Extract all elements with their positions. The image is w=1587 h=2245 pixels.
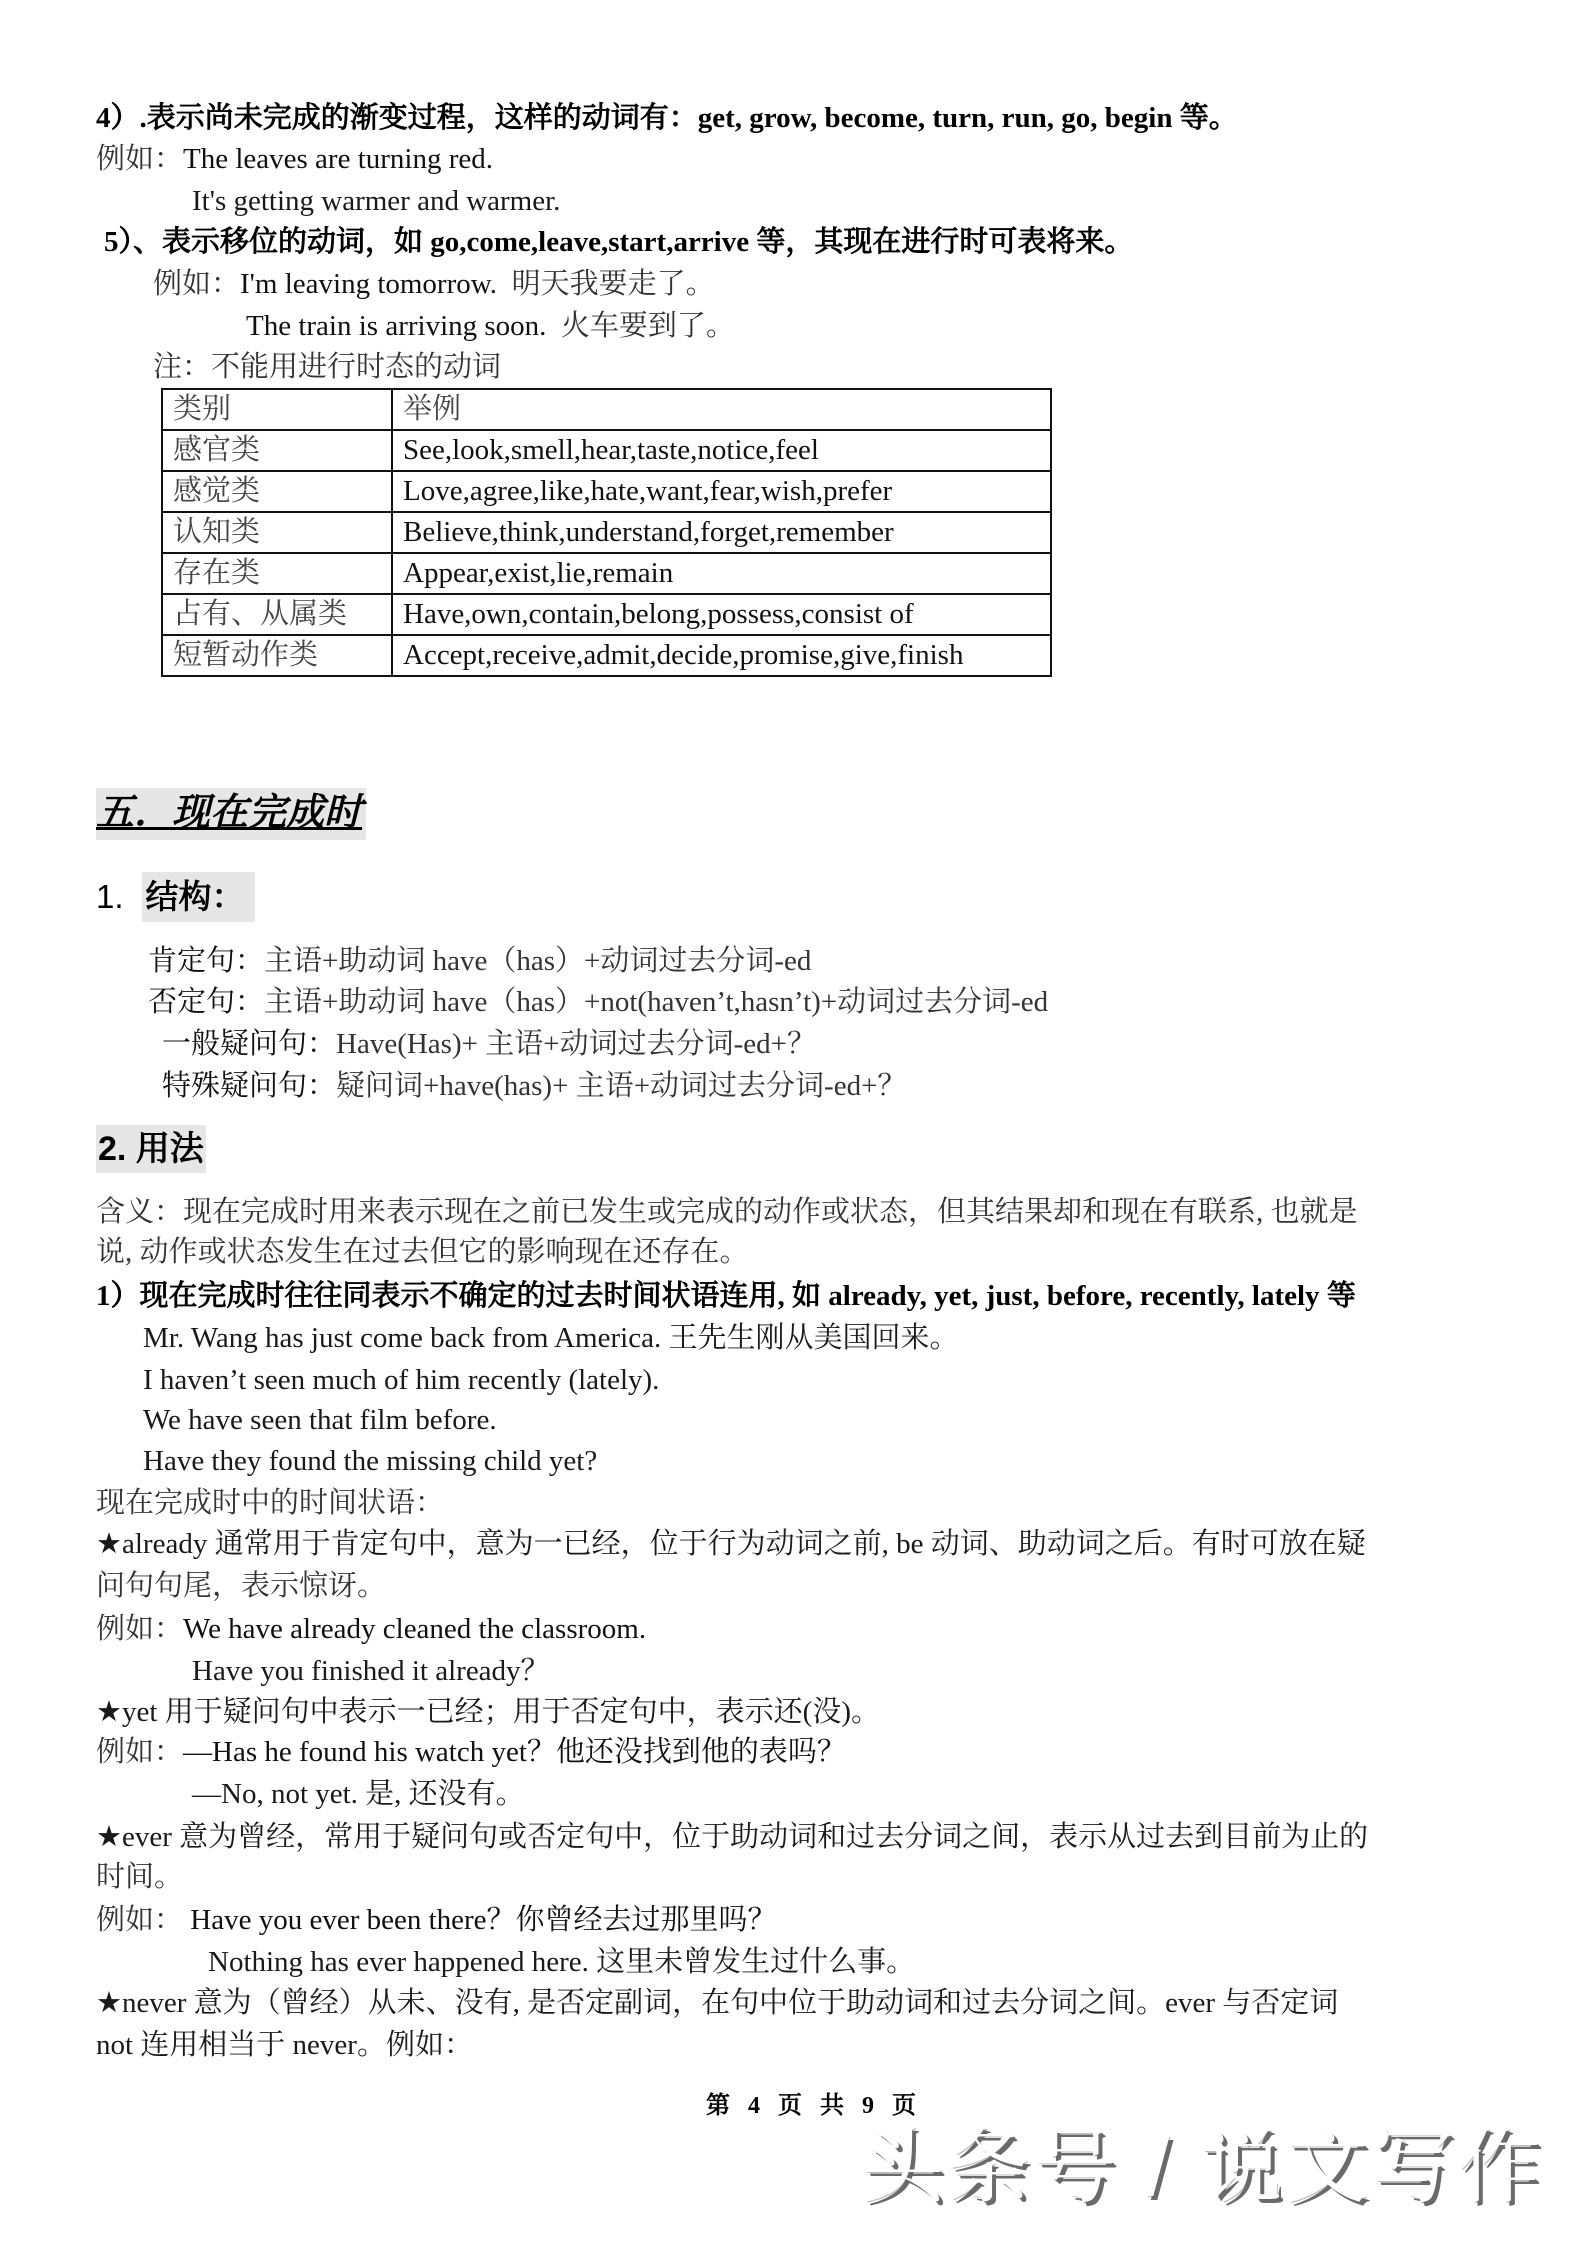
watermark-text: 头条号 / 说文写作	[862, 2118, 1544, 2218]
table-cell-examples: Appear,exist,lie,remain	[392, 553, 1051, 594]
example-label: 例如：	[96, 143, 183, 175]
example-sentence: The leaves are turning red.	[183, 143, 493, 175]
already-example-2: Have you finished it already？	[192, 1652, 550, 1690]
yet-example-2: —No, not yet. 是, 还没有。	[192, 1775, 525, 1813]
structure-title: 结构：	[142, 872, 255, 922]
ever-example-1: 例如： Have you ever been there？你曾经去过那里吗？	[96, 1901, 777, 1939]
usage-example: Mr. Wang has just come back from America…	[143, 1319, 958, 1357]
formula-text: 疑问词+have(has)+ 主语+动词过去分词-ed+？	[336, 1070, 906, 1102]
table-cell-category: 存在类	[162, 553, 392, 594]
example-translation: 明天我要走了。	[512, 268, 715, 300]
example-sentence: —Has he found his watch yet？他还没找到他的表吗？	[183, 1736, 846, 1768]
item4-heading: 4）.表示尚未完成的渐变过程，这样的动词有：get, grow, become,…	[96, 99, 1238, 137]
already-line-2: 问句句尾，表示惊讶。	[96, 1567, 386, 1605]
example-label: 例如：	[96, 1904, 183, 1936]
usage-heading: 2. 用法	[96, 1125, 206, 1173]
point-prefix: 1）现在完成时往往同表示不确定的过去时间状语连用, 如	[96, 1280, 828, 1312]
table-row: 短暂动作类 Accept,receive,admit,decide,promis…	[162, 635, 1051, 676]
never-line-1: ★never 意为（曾经）从未、没有, 是否定副词，在句中位于助动词和过去分词之…	[96, 1984, 1338, 2022]
formula-label: 一般疑问句：	[162, 1028, 336, 1060]
item5-heading: 5）、表示移位的动词，如 go,come,leave,start,arrive …	[104, 223, 1133, 261]
usage-point-1: 1）现在完成时往往同表示不确定的过去时间状语连用, 如 already, yet…	[96, 1277, 1356, 1315]
item4-verbs: get, grow, become, turn, run, go, begin	[698, 102, 1173, 134]
table-header-examples: 举例	[392, 389, 1051, 430]
already-example-1: 例如：We have already cleaned the classroom…	[96, 1610, 646, 1648]
example-sentence: Have you ever been there？你曾经去过那里吗？	[190, 1904, 776, 1936]
table-cell-category: 占有、从属类	[162, 594, 392, 635]
usage-example: Have they found the missing child yet?	[143, 1442, 597, 1480]
item4-prefix: 4）.表示尚未完成的渐变过程，这样的动词有：	[96, 102, 698, 134]
table-cell-examples: Accept,receive,admit,decide,promise,give…	[392, 635, 1051, 676]
table-cell-examples: Have,own,contain,belong,possess,consist …	[392, 594, 1051, 635]
formula-text: Have(Has)+ 主语+动词过去分词-ed+？	[336, 1028, 816, 1060]
ever-line-1: ★ever 意为曾经，常用于疑问句或否定句中，位于助动词和过去分词之间，表示从过…	[96, 1818, 1368, 1856]
formula-label: 肯定句：	[148, 945, 264, 977]
item4-suffix: 等。	[1173, 102, 1238, 134]
adverbials-title: 现在完成时中的时间状语：	[96, 1484, 444, 1522]
note-label: 注：不能用进行时态的动词	[153, 348, 501, 386]
table-row: 存在类 Appear,exist,lie,remain	[162, 553, 1051, 594]
table-cell-examples: See,look,smell,hear,taste,notice,feel	[392, 430, 1051, 471]
formula-label: 否定句：	[148, 986, 264, 1018]
formula-label: 特殊疑问句：	[162, 1070, 336, 1102]
yet-line-1: ★yet 用于疑问句中表示一已经；用于否定句中，表示还(没)。	[96, 1693, 880, 1731]
example-label: 例如：	[96, 1613, 183, 1645]
meaning-line-2: 说, 动作或状态发生在过去但它的影响现在还存在。	[96, 1233, 749, 1271]
ever-line-2: 时间。	[96, 1858, 183, 1896]
yet-example-1: 例如：—Has he found his watch yet？他还没找到他的表吗…	[96, 1733, 846, 1771]
item5-example-2: The train is arriving soon. 火车要到了。	[246, 307, 735, 345]
never-line-2: not 连用相当于 never。例如：	[96, 2026, 473, 2064]
table-cell-examples: Love,agree,like,hate,want,fear,wish,pref…	[392, 471, 1051, 512]
table-cell-category: 认知类	[162, 512, 392, 553]
ever-example-2: Nothing has ever happened here. 这里未曾发生过什…	[208, 1943, 915, 1981]
table-cell-category: 感觉类	[162, 471, 392, 512]
already-line-1: ★already 通常用于肯定句中，意为一已经，位于行为动词之前, be 动词、…	[96, 1525, 1366, 1563]
item5-suffix: 等，其现在进行时可表将来。	[749, 226, 1133, 258]
table-row: 感觉类 Love,agree,like,hate,want,fear,wish,…	[162, 471, 1051, 512]
general-question-formula: 一般疑问句：Have(Has)+ 主语+动词过去分词-ed+？	[162, 1025, 816, 1063]
table-row: 认知类 Believe,think,understand,forget,reme…	[162, 512, 1051, 553]
usage-example: We have seen that film before.	[143, 1401, 497, 1439]
table-row: 感官类 See,look,smell,hear,taste,notice,fee…	[162, 430, 1051, 471]
page-indicator: 第 4 页 共 9 页	[706, 2085, 922, 2120]
usage-example: I haven’t seen much of him recently (lat…	[143, 1361, 659, 1399]
section-title: 五．现在完成时	[96, 788, 366, 840]
table-cell-category: 感官类	[162, 430, 392, 471]
table-cell-examples: Believe,think,understand,forget,remember	[392, 512, 1051, 553]
example-translation: 火车要到了。	[561, 310, 735, 342]
negative-formula: 否定句：主语+助动词 have（has）+not(haven’t,hasn’t)…	[148, 983, 1048, 1021]
non-progressive-verbs-table: 类别 举例 感官类 See,look,smell,hear,taste,noti…	[161, 388, 1052, 677]
example-sentence: We have already cleaned the classroom.	[183, 1613, 646, 1645]
table-row: 占有、从属类 Have,own,contain,belong,possess,c…	[162, 594, 1051, 635]
item4-example-1: 例如：The leaves are turning red.	[96, 140, 493, 178]
meaning-line-1: 含义：现在完成时用来表示现在之前已发生或完成的动作或状态，但其结果却和现在有联系…	[96, 1193, 1358, 1231]
structure-heading: 1.结构：	[96, 872, 255, 922]
formula-text: 主语+助动词 have（has）+动词过去分词-ed	[264, 945, 811, 977]
formula-text: 主语+助动词 have（has）+not(haven’t,hasn’t)+动词过…	[264, 986, 1048, 1018]
example-label: 例如：	[96, 1736, 183, 1768]
example-label: 例如：	[153, 268, 240, 300]
structure-number: 1.	[96, 878, 124, 915]
affirmative-formula: 肯定句：主语+助动词 have（has）+动词过去分词-ed	[148, 942, 811, 980]
example-sentence: I'm leaving tomorrow.	[240, 268, 497, 300]
point-suffix: 等	[1320, 1280, 1356, 1312]
point-adverbs: already, yet, just, before, recently, la…	[828, 1280, 1319, 1312]
example-sentence: The train is arriving soon.	[246, 310, 546, 342]
special-question-formula: 特殊疑问句：疑问词+have(has)+ 主语+动词过去分词-ed+？	[162, 1067, 906, 1105]
item5-example-1: 例如：I'm leaving tomorrow. 明天我要走了。	[153, 265, 715, 303]
table-cell-category: 短暂动作类	[162, 635, 392, 676]
item5-verbs: go,come,leave,start,arrive	[430, 226, 749, 258]
item4-example-2: It's getting warmer and warmer.	[192, 182, 560, 220]
table-header-row: 类别 举例	[162, 389, 1051, 430]
item5-prefix: 5）、表示移位的动词，如	[104, 226, 430, 258]
table-header-category: 类别	[162, 389, 392, 430]
